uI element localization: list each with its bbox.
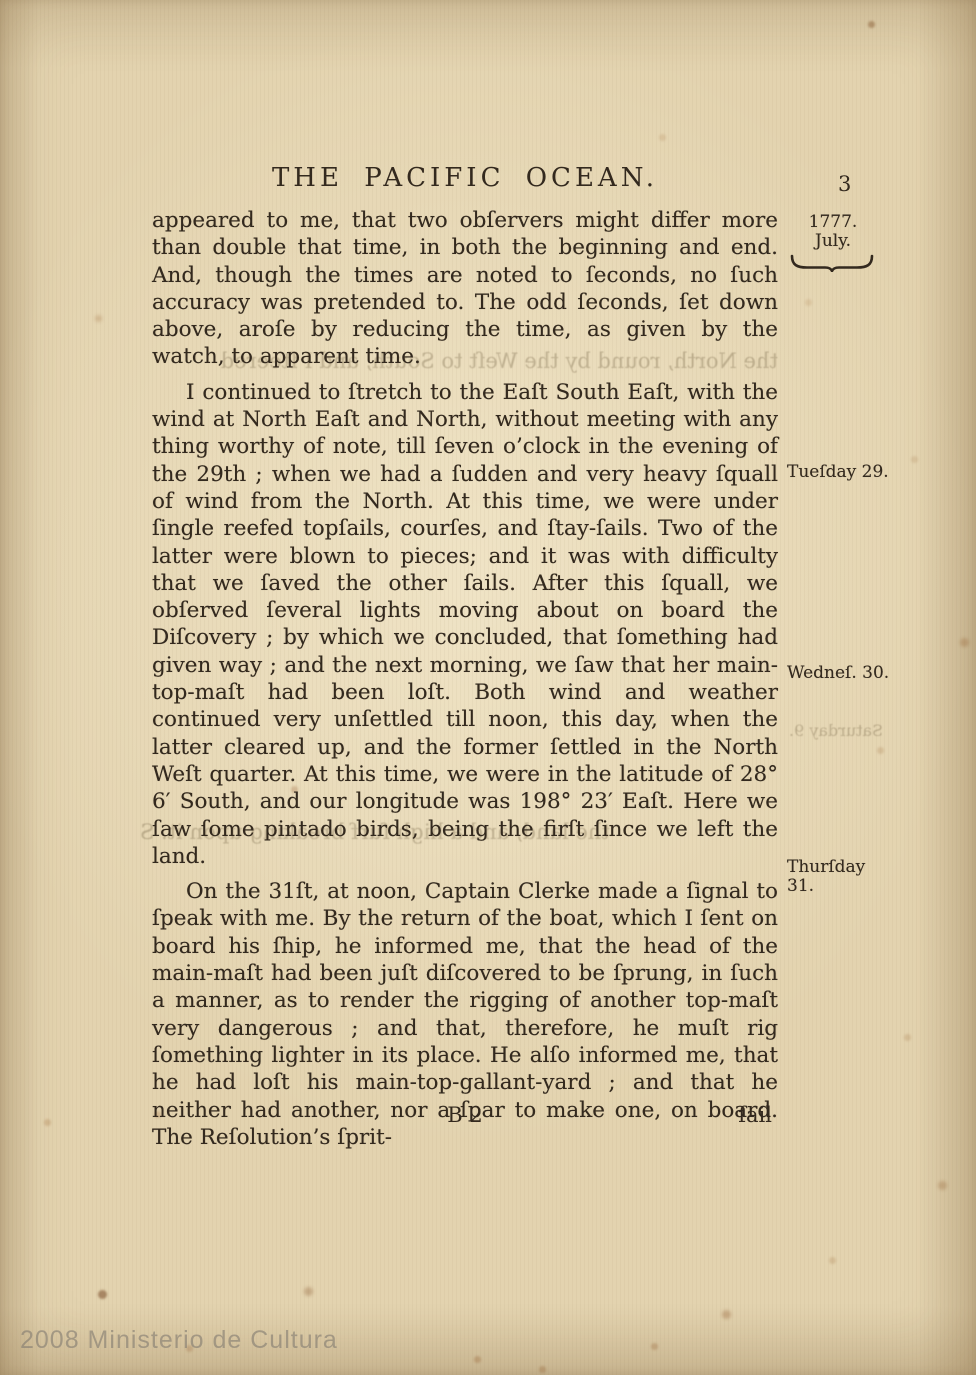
page-number: 3 [838,172,851,196]
paragraph-2: I continued to ſtretch to the Eaſt South… [152,379,778,870]
running-title: THE PACIFIC OCEAN. [272,163,658,193]
margin-date-note: 1777. July. [789,213,877,272]
body-text: appeared to me, that two obſervers might… [152,207,778,1151]
catchword: ſail [738,1103,772,1127]
book-page: the North, round by the Weſt to South, a… [0,0,976,1375]
foxing-spots [0,0,5,5]
page-footer: B 2 ſail [152,1103,778,1127]
showthrough-margin-note: Saturday 9. [783,721,883,740]
running-header: THE PACIFIC OCEAN. [152,163,778,193]
margin-note-tuesday-29: Tueſday 29. [787,463,897,482]
margin-month: July. [789,232,877,251]
signature-mark: B 2 [152,1103,778,1127]
margin-note-wednesday-30: Wedneſ. 30. [787,664,897,683]
margin-note-thursday-31: Thurſday 31. [787,858,897,896]
library-watermark: 2008 Ministerio de Cultura [20,1326,338,1355]
paragraph-1: appeared to me, that two obſervers might… [152,207,778,371]
date-brace-icon [789,254,875,272]
margin-year: 1777. [789,213,877,232]
